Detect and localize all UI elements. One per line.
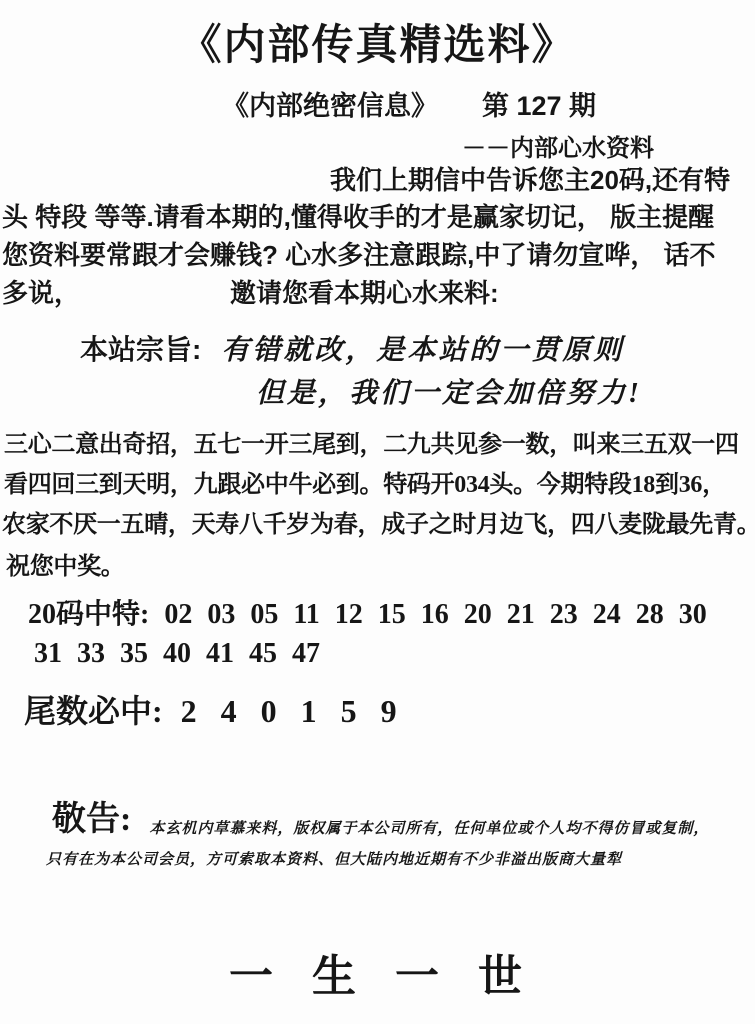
- prediction-line-3: 农家不厌一五晴，天寿八千岁为春，成子之时月边飞，四八麦陇最先青。: [2, 504, 755, 539]
- secret-info-title: 《内部绝密信息》: [222, 84, 438, 123]
- picks-numbers-row-2: 31 33 35 40 41 45 47: [34, 638, 320, 669]
- intro-line-4-left: 多说，: [2, 273, 80, 310]
- footer-slogan: 一 生 一 世: [0, 940, 755, 1004]
- notice-line-2: 只有在为本公司会员，方可索取本资料、但大陆内地近期有不少非溢出版商大量犁: [46, 848, 622, 869]
- intro-line-4-right: 邀请您看本期心水来料:: [230, 273, 499, 310]
- picks-numbers-row-1: 02 03 05 11 12 15 16 20 21 23 24 28 30: [164, 599, 706, 630]
- issue-number: 第 127 期: [482, 84, 596, 123]
- site-motto: 本站宗旨: 有错就改，是本站的一贯原则: [80, 328, 624, 368]
- notice: 敬告: 本玄机内草慕来料，版权属于本公司所有，任何单位或个人均不得仿冒或复制，: [52, 802, 709, 838]
- intro-line-3: 您资料要常跟才会赚钱? 心水多注意跟踪,中了请勿宣哗， 话不: [2, 235, 716, 272]
- document-page: 《内部传真精选料》 《内部绝密信息》 第 127 期 －－内部心水资料 我们上期…: [0, 0, 755, 1024]
- motto-label: 本站宗旨:: [80, 328, 201, 368]
- motto-line-2: 但是，我们一定会加倍努力!: [256, 371, 642, 411]
- prediction-line-4: 祝您中奖。: [6, 546, 125, 581]
- subheader: 《内部绝密信息》 第 127 期: [222, 84, 596, 123]
- tail-label: 尾数必中:: [24, 693, 163, 729]
- intro-line-4: 多说， 邀请您看本期心水来料:: [2, 273, 499, 310]
- tail-digits: 2 4 0 1 5 9: [181, 693, 399, 729]
- picks-row-1: 20码中特: 02 03 05 11 12 15 16 20 21 23 24 …: [28, 592, 707, 632]
- notice-label: 敬告:: [52, 802, 131, 838]
- motto-line-1: 有错就改，是本站的一贯原则: [221, 328, 624, 368]
- prediction-line-2: 看四回三到天明，九跟必中牛必到。特码开034头。今期特段18到36，: [4, 464, 726, 499]
- tagline: －－内部心水资料: [462, 128, 654, 163]
- intro-line-1: 我们上期信中告诉您主20码,还有特: [330, 160, 730, 197]
- main-title: 《内部传真精选料》: [0, 12, 755, 72]
- intro-line-2: 头 特段 等等.请看本期的,懂得收手的才是赢家切记， 版主提醒: [2, 197, 714, 234]
- picks-label: 20码中特:: [28, 599, 149, 630]
- prediction-line-1: 三心二意出奇招，五七一开三尾到，二九共见参一数，叫来三五双一四: [4, 424, 739, 459]
- tail-numbers-row: 尾数必中: 2 4 0 1 5 9: [24, 686, 399, 732]
- notice-line-1: 本玄机内草慕来料，版权属于本公司所有，任何单位或个人均不得仿冒或复制，: [149, 802, 709, 838]
- picks-row-2: 31 33 35 40 41 45 47: [34, 638, 320, 670]
